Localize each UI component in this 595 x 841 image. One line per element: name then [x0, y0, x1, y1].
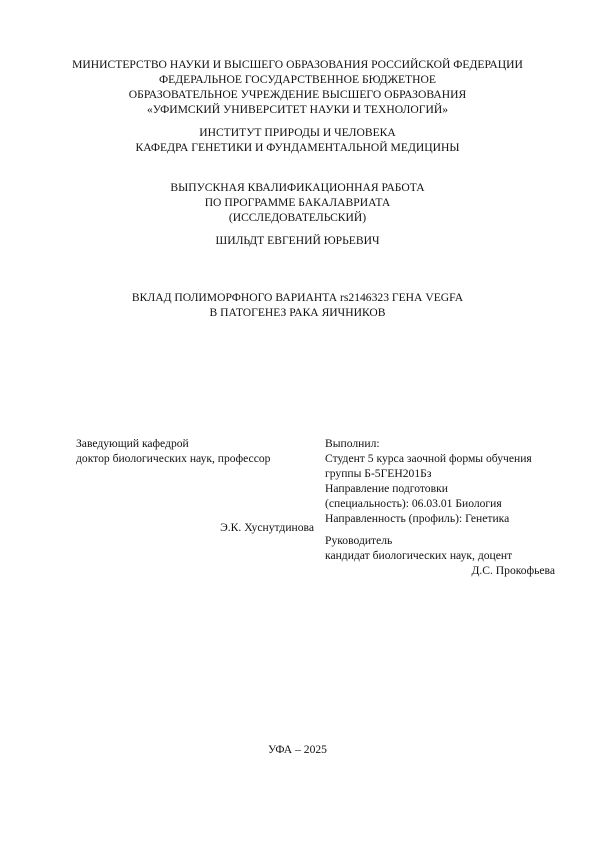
head-role: Заведующий кафедрой [76, 436, 316, 451]
author-name-text: ШИЛЬДТ ЕВГЕНИЙ ЮРЬЕВИЧ [0, 233, 595, 248]
thesis-title: ВКЛАД ПОЛИМОРФНОГО ВАРИАНТА rs2146323 ГЕ… [0, 290, 595, 320]
supervisor-role: Руководитель [325, 533, 555, 548]
supervisor-degree: кандидат биологических наук, доцент [325, 548, 555, 563]
ministry-line: ФЕДЕРАЛЬНОЕ ГОСУДАРСТВЕННОЕ БЮДЖЕТНОЕ [0, 72, 595, 87]
performer-block: Выполнил: Студент 5 курса заочной формы … [325, 436, 555, 578]
head-of-department-block: Заведующий кафедрой доктор биологических… [76, 436, 316, 466]
performer-line: (специальность): 06.03.01 Биология [325, 496, 555, 511]
supervisor-name: Д.С. Прокофьева [325, 563, 555, 578]
city-year: УФА – 2025 [0, 742, 595, 757]
city-year-text: УФА – 2025 [0, 742, 595, 757]
institute-name: ИНСТИТУТ ПРИРОДЫ И ЧЕЛОВЕКА [0, 125, 595, 140]
thesis-title-line: ВКЛАД ПОЛИМОРФНОГО ВАРИАНТА rs2146323 ГЕ… [0, 290, 595, 305]
performer-line: Студент 5 курса заочной формы обучения [325, 451, 555, 466]
ministry-line: ОБРАЗОВАТЕЛЬНОЕ УЧРЕЖДЕНИЕ ВЫСШЕГО ОБРАЗ… [0, 87, 595, 102]
author-name: ШИЛЬДТ ЕВГЕНИЙ ЮРЬЕВИЧ [0, 233, 595, 248]
department-name: КАФЕДРА ГЕНЕТИКИ И ФУНДАМЕНТАЛЬНОЙ МЕДИЦ… [0, 140, 595, 155]
performer-label: Выполнил: [325, 436, 555, 451]
spacer [325, 526, 555, 533]
performer-line: Направление подготовки [325, 481, 555, 496]
head-degree: доктор биологических наук, профессор [76, 451, 316, 466]
head-name: Э.К. Хуснутдинова [76, 520, 314, 535]
institute-header: ИНСТИТУТ ПРИРОДЫ И ЧЕЛОВЕКА КАФЕДРА ГЕНЕ… [0, 125, 595, 155]
ministry-line: МИНИСТЕРСТВО НАУКИ И ВЫСШЕГО ОБРАЗОВАНИЯ… [0, 57, 595, 72]
university-name: «УФИМСКИЙ УНИВЕРСИТЕТ НАУКИ И ТЕХНОЛОГИЙ… [0, 102, 595, 117]
performer-line: группы Б-5ГЕН201Бз [325, 466, 555, 481]
performer-line: Направленность (профиль): Генетика [325, 511, 555, 526]
work-type: ВЫПУСКНАЯ КВАЛИФИКАЦИОННАЯ РАБОТА ПО ПРО… [0, 180, 595, 225]
work-type-line: ПО ПРОГРАММЕ БАКАЛАВРИАТА [0, 195, 595, 210]
work-type-line: (ИССЛЕДОВАТЕЛЬСКИЙ) [0, 210, 595, 225]
work-type-line: ВЫПУСКНАЯ КВАЛИФИКАЦИОННАЯ РАБОТА [0, 180, 595, 195]
thesis-title-line: В ПАТОГЕНЕЗ РАКА ЯИЧНИКОВ [0, 305, 595, 320]
ministry-header: МИНИСТЕРСТВО НАУКИ И ВЫСШЕГО ОБРАЗОВАНИЯ… [0, 57, 595, 117]
